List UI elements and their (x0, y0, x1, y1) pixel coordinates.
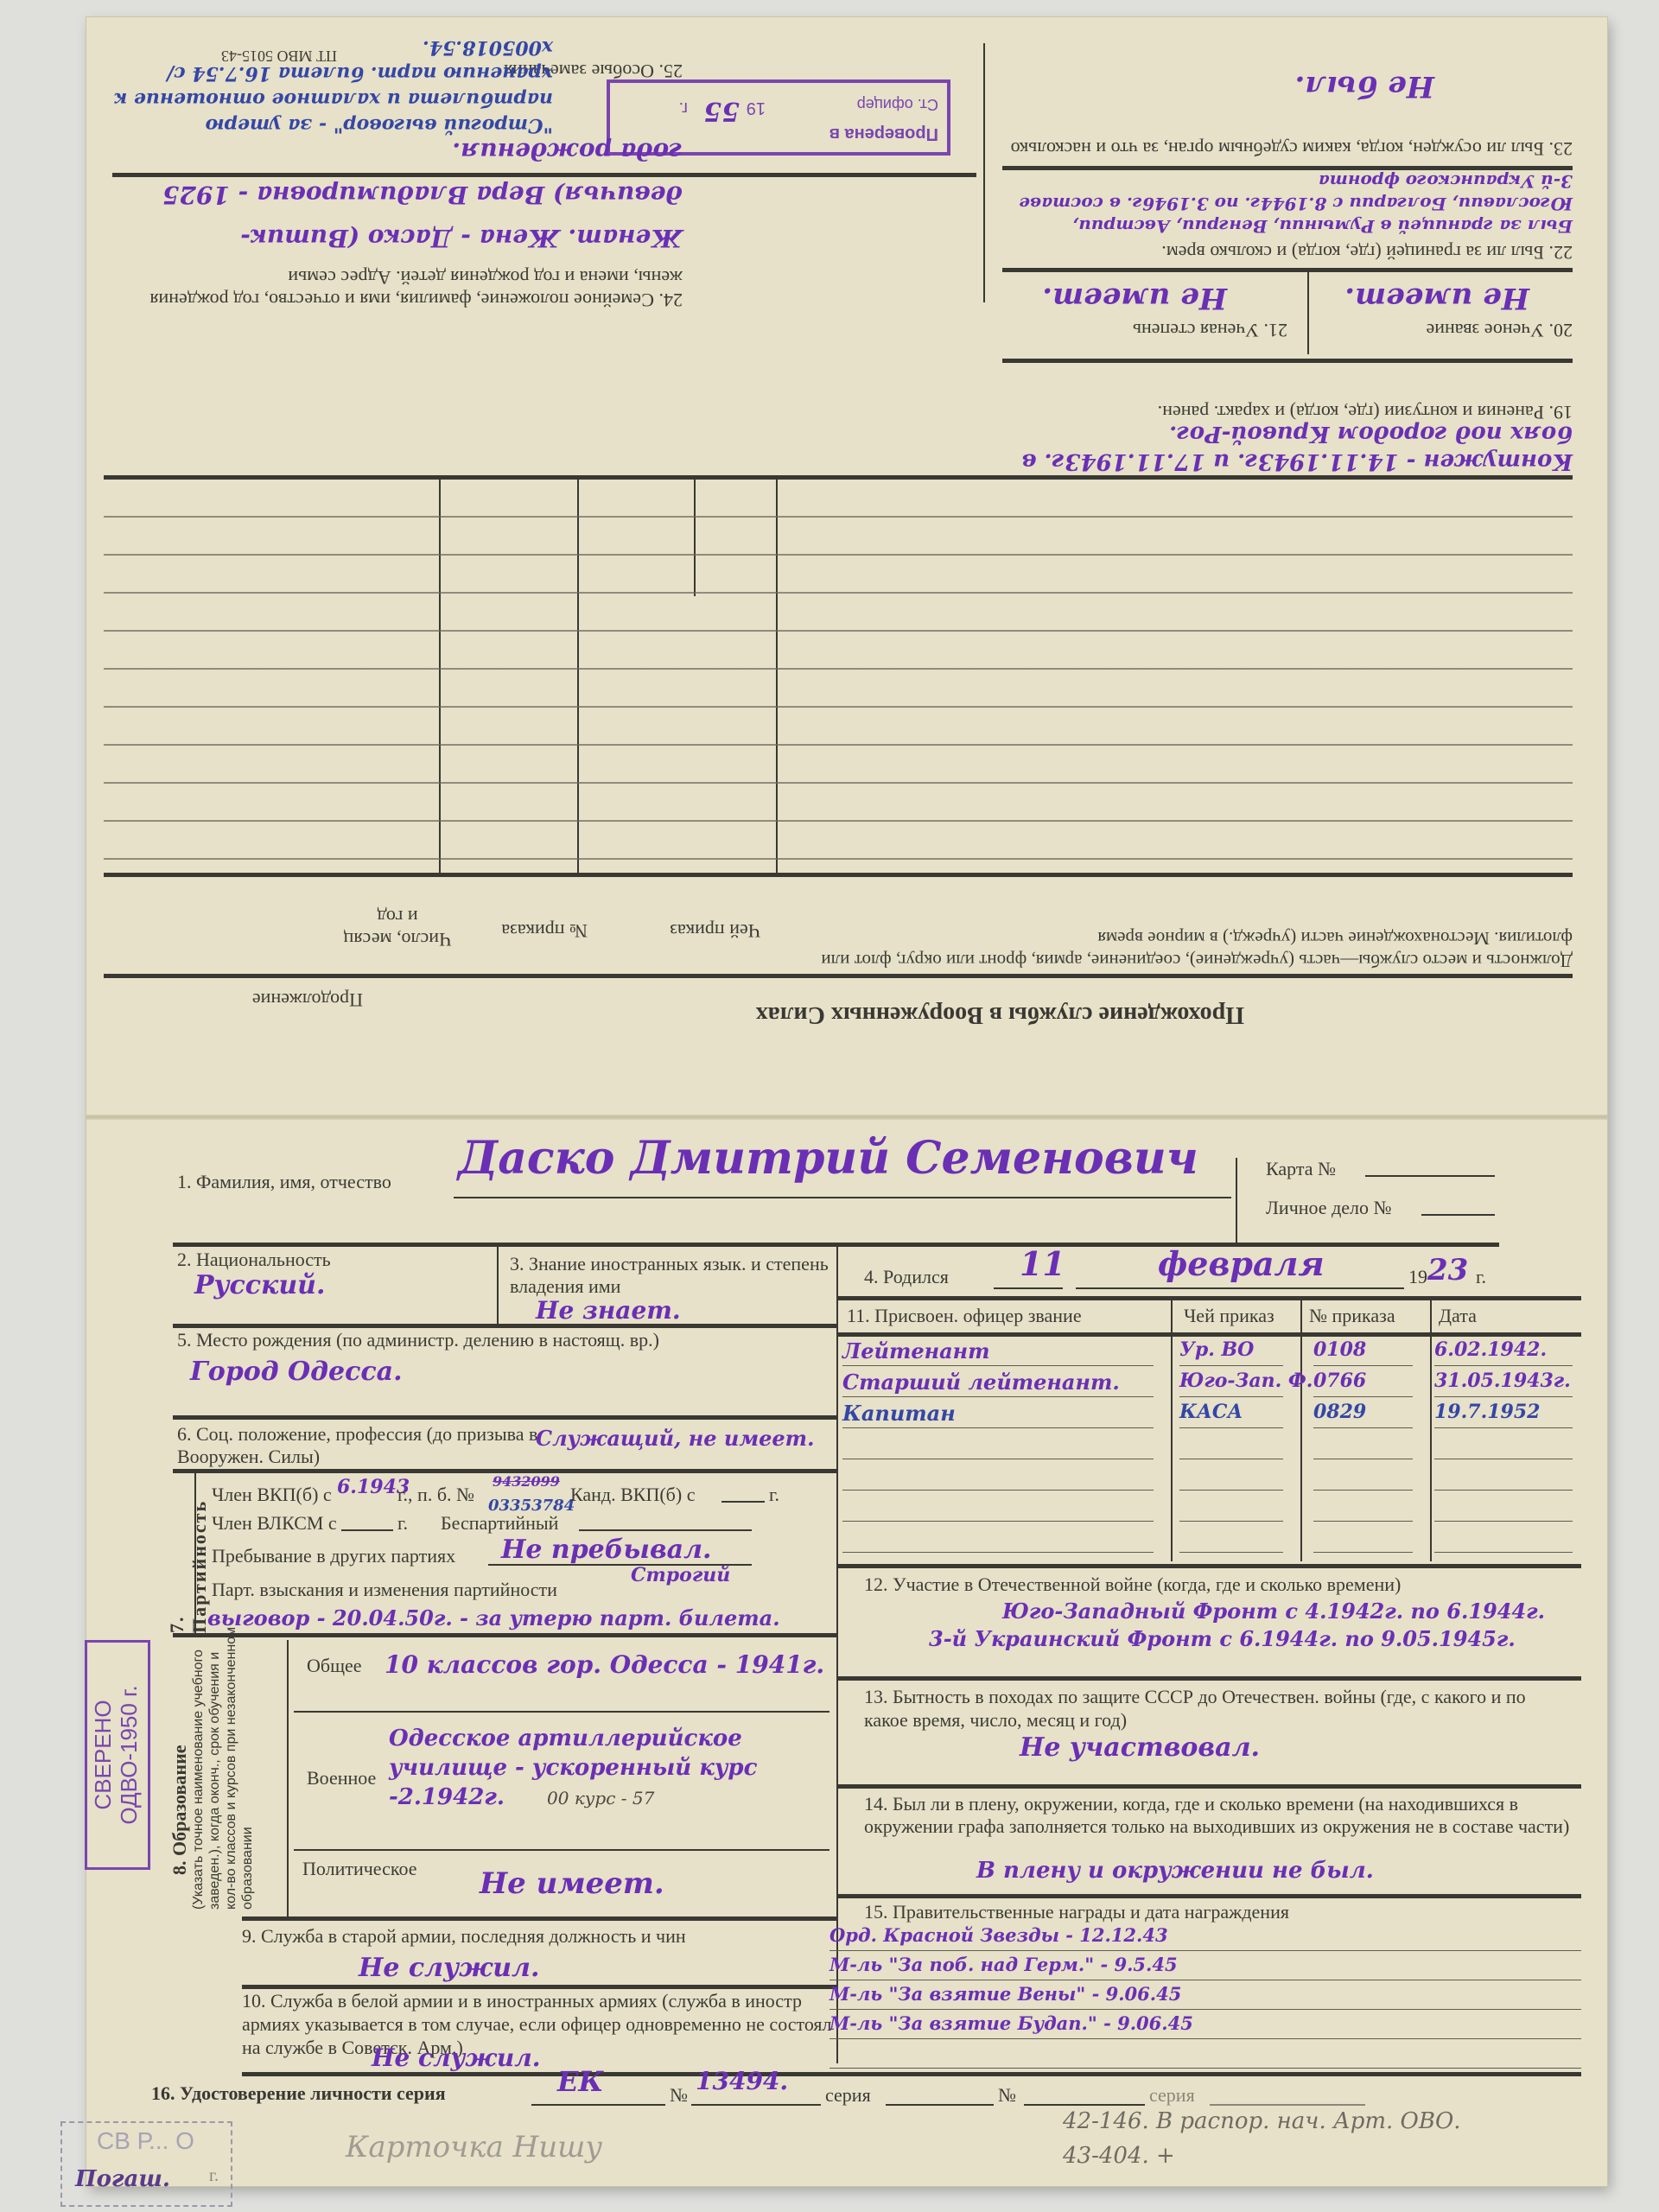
field-23-value: Не был. (1295, 69, 1434, 104)
field-6-value: Служащий, не имеет. (536, 1426, 814, 1451)
rule (531, 2104, 665, 2106)
divider (1307, 272, 1309, 354)
ranks-row (838, 1461, 1581, 1492)
pencil-note-1: 42-146. В распор. нач. Арт. ОВО. (1063, 2108, 1461, 2134)
rule (579, 1529, 752, 1531)
ranks-cell-date: 19.7.1952 (1434, 1401, 1540, 1423)
field-20-label: 20. Ученое звание (1426, 319, 1573, 341)
field-25-value: "Строгий выговор" - за утерю партбилета … (104, 35, 553, 138)
divider (287, 1640, 289, 1916)
field-9-label: 9. Служба в старой армии, последняя долж… (242, 1925, 686, 1948)
ranks-header-order: № приказа (1309, 1305, 1395, 1327)
field-24-value: Женат. Жена - Даско (Витик-девичья) Вера… (112, 130, 683, 259)
birth-year: 23 (1427, 1253, 1468, 1287)
rule (836, 1894, 1581, 1898)
rule (691, 2104, 821, 2106)
ranks-cell-rank: Старший лейтенант. (842, 1370, 1120, 1395)
rule (886, 2104, 994, 2106)
divider (1236, 1158, 1237, 1244)
field-2-value: Русский. (194, 1270, 325, 1300)
divider (497, 1243, 499, 1325)
field-7-section-label: 7. Партийность (166, 1478, 211, 1633)
ranks-cell-date: 6.02.1942. (1434, 1338, 1547, 1361)
member-vkpb-label: Член ВКП(б) с (212, 1484, 332, 1506)
id-number: 13494. (696, 2067, 788, 2095)
ranks-cell-by: КАСА (1179, 1401, 1243, 1423)
id-series2-label: серия (825, 2084, 871, 2107)
field-6-label: 6. Соц. положение, профессия (до призыва… (177, 1423, 540, 1468)
field-1-value: Даско Дмитрий Семенович (458, 1132, 1198, 1185)
personal-file-field[interactable] (1421, 1214, 1495, 1216)
birth-label: 4. Родился (864, 1266, 949, 1288)
rule (1002, 268, 1573, 272)
education-military-note: 00 курс - 57 (547, 1788, 654, 1808)
ranks-header-date: Дата (1439, 1305, 1477, 1327)
stamp-text: Погаш. (75, 2166, 170, 2192)
field-22-label: 22. Был ли за границей (где, когда) и ск… (1002, 241, 1573, 264)
rule (454, 1197, 1231, 1198)
rule (104, 974, 1573, 978)
party-card-label: г., п. б. № (397, 1484, 474, 1506)
field-8-section-label: 8. Образование (168, 1633, 191, 1875)
birth-month: февраля (1158, 1244, 1325, 1283)
field-22-value: Был за границей в Румынии, Венгрии, Авст… (1002, 170, 1573, 238)
award-row: Орд. Красной Звезды - 12.12.43 (829, 1923, 1581, 1952)
candidate-label: Канд. ВКП(б) с (570, 1484, 695, 1506)
stamp-text: Ст. офицер (857, 95, 938, 113)
ranks-header-by: Чей приказ (1184, 1305, 1274, 1327)
field-14-label: 14. Был ли в плену, окружении, когда, гд… (864, 1793, 1573, 1838)
birth-day: 11 (1020, 1244, 1065, 1283)
field-3-value: Не знает. (536, 1296, 681, 1325)
rule (836, 1564, 1581, 1568)
card-number-label: Карта № (1266, 1158, 1336, 1180)
rule (721, 1501, 765, 1503)
education-military-line: Одесское артиллерийское (389, 1724, 757, 1753)
other-parties-label: Пребывание в других партиях (212, 1545, 455, 1567)
award-row (829, 2040, 1581, 2069)
rule (1076, 1287, 1404, 1289)
field-13-value: Не участвовал. (1020, 1732, 1260, 1763)
rule (173, 1633, 836, 1637)
id-series: ЕК (557, 2065, 604, 2098)
education-military-line: училище - ускоренный курс (389, 1753, 757, 1783)
field-5-value: Город Одесса. (190, 1357, 403, 1387)
service-col-by: Чей приказ (670, 919, 760, 942)
officer-record-card: ПТ МВО 5015-43 23. Был ли осужден, когда… (86, 17, 1607, 2186)
service-table (104, 480, 1573, 873)
ranks-header-rank: 11. Присвоен. офицер звание (847, 1305, 1082, 1327)
award-item: М-ль "За взятие Вены" - 9.06.45 (829, 1983, 1181, 2005)
field-9-value: Не служил. (359, 1953, 539, 1983)
ranks-cell-rank: Лейтенант (842, 1338, 990, 1363)
rule (104, 873, 1573, 877)
ranks-cell-rank: Капитан (842, 1401, 956, 1426)
field-24-label: 24. Семейное положение, фамилия, имя и о… (121, 266, 683, 311)
stamp-text: г. (209, 2166, 219, 2186)
service-section-title: Прохождение службы в Вооруженных Силах (756, 1001, 1244, 1028)
birth-year-prefix: 19 (1408, 1266, 1427, 1288)
field-12-label: 12. Участие в Отечественной войне (когда… (864, 1573, 1573, 1596)
field-5-label: 5. Место рождения (по администр. делению… (177, 1329, 659, 1351)
ranks-cell-date: 31.05.1943г. (1434, 1370, 1571, 1392)
education-political-value: Не имеет. (480, 1866, 664, 1901)
vlksm-suffix: г. (397, 1512, 408, 1535)
field-12-value-2: 3-й Украинский Фронт с 6.1944г. по 9.05.… (929, 1626, 1516, 1651)
education-general-label: Общее (307, 1655, 362, 1677)
ranks-cell-by: Юго-Зап. Ф. (1179, 1370, 1313, 1392)
field-15-label: 15. Правительственные награды и дата наг… (864, 1901, 1289, 1923)
award-item: М-ль "За взятие Будап." - 9.06.45 (829, 2012, 1193, 2034)
nonparty-label: Беспартийный (441, 1512, 558, 1535)
field-19-value: Контужен - 14.11.1943г. и 17.11.1943г. в… (985, 420, 1573, 475)
stamp-text: Проверена в (829, 124, 938, 143)
rule (242, 1916, 836, 1921)
pencil-note-3: Карточка Нишу (346, 2130, 602, 2164)
field-12-value-1: Юго-Западный Фронт с 4.1942г. по 6.1944г… (1002, 1599, 1545, 1624)
field-3-label: 3. Знание иностранных язык. и степень вл… (510, 1253, 829, 1298)
rule (836, 1784, 1581, 1789)
rule (341, 1529, 393, 1531)
personal-file-label: Личное дело № (1266, 1197, 1392, 1219)
verified-stamp: СВЕРЕНО ОДВО-1950 г. (85, 1640, 150, 1870)
candidate-suffix: г. (769, 1484, 779, 1506)
rule (1024, 2104, 1145, 2106)
rule (173, 1415, 836, 1420)
education-general-value: 10 классов гор. Одесса - 1941г. (385, 1650, 824, 1679)
id-number-label: № (670, 2084, 688, 2107)
divider (194, 1469, 196, 1633)
rule (294, 1849, 829, 1851)
rule (1002, 359, 1573, 363)
ranks-row: Старший лейтенант.Юго-Зап. Ф.076631.05.1… (838, 1368, 1581, 1399)
faded-stamp: СВ Р... О Погаш. г. (60, 2121, 232, 2207)
ranks-cell-order: 0766 (1313, 1370, 1366, 1392)
field-20-value: Не имеет. (1344, 281, 1529, 315)
upper-half-rotated: ПТ МВО 5015-43 23. Был ли осужден, когда… (86, 17, 1607, 1115)
rule (836, 1296, 1581, 1300)
vlksm-label: Член ВЛКСМ с (212, 1512, 337, 1535)
education-military-label: Военное (307, 1767, 376, 1789)
education-military-value: Одесское артиллерийское училище - ускоре… (389, 1724, 757, 1813)
stamp-text: СВЕРЕНО (90, 1647, 116, 1863)
penalties-label: Парт. взыскания и изменения партийности (212, 1579, 557, 1601)
field-23-label: 23. Был ли осужден, когда, каким судебны… (1002, 137, 1573, 160)
education-political-label: Политическое (302, 1858, 416, 1880)
other-parties-value: Не пребывал. (501, 1535, 712, 1565)
field-14-value: В плену и окружении не был. (976, 1858, 1374, 1884)
rule (294, 1711, 829, 1713)
service-col-order: № приказа (501, 919, 588, 942)
penalties-value-2: выговор - 20.04.50г. - за утерю парт. би… (207, 1605, 780, 1630)
rule (242, 2072, 1581, 2076)
field-10-value: Не служил. (372, 2044, 540, 2072)
award-item: Орд. Красной Звезды - 12.12.43 (829, 1924, 1168, 1946)
service-col-date: Число, месяц и год (337, 906, 458, 950)
ranks-cell-order: 0108 (1313, 1338, 1366, 1361)
rule (994, 1287, 1063, 1289)
table-lines (104, 480, 1573, 873)
id-number2-label: № (998, 2084, 1016, 2107)
field-1-label: 1. Фамилия, имя, отчество (177, 1171, 391, 1193)
divider (983, 43, 985, 302)
ranks-row (838, 1523, 1581, 1554)
field-16-label: 16. Удостоверение личности серия (151, 2082, 446, 2105)
ranks-row (838, 1430, 1581, 1461)
ranks-row: КапитанКАСА082919.7.1952 (838, 1399, 1581, 1430)
id-series3-label: серия (1149, 2084, 1195, 2107)
stamp-text: СВ Р... О (97, 2127, 194, 2155)
stamp-year: 55 (703, 96, 740, 126)
stamp-text: 19 (747, 98, 766, 118)
field-2-label: 2. Национальность (177, 1249, 331, 1271)
ranks-row (838, 1492, 1581, 1523)
award-row: М-ль "За поб. над Герм." - 9.5.45 (829, 1952, 1581, 1981)
continuation-label: Продолжение (252, 988, 363, 1011)
ranks-row: ЛейтенантУр. ВО01086.02.1942. (838, 1337, 1581, 1368)
card-number-field[interactable] (1365, 1175, 1495, 1177)
ranks-cell-by: Ур. ВО (1179, 1338, 1254, 1361)
stamp-text: г. (679, 98, 688, 118)
stamp-text: ОДВО-1950 г. (116, 1647, 142, 1863)
penalties-value-1: Строгий (631, 1564, 730, 1586)
birth-year-suffix: г. (1476, 1266, 1486, 1288)
rule (173, 1324, 836, 1328)
rule (1210, 2104, 1365, 2106)
pencil-note-2: 43-404. + (1063, 2143, 1175, 2169)
rule (836, 1676, 1581, 1681)
ranks-cell-order: 0829 (1313, 1401, 1366, 1423)
award-row: М-ль "За взятие Будап." - 9.06.45 (829, 2011, 1581, 2040)
field-21-value: Не имеет. (1042, 281, 1227, 315)
award-row: М-ль "За взятие Вены" - 9.06.45 (829, 1981, 1581, 2011)
education-military-line: -2.1942г. (389, 1784, 505, 1810)
field-13-label: 13. Бытность в походах по защите СССР до… (864, 1685, 1573, 1732)
award-item: М-ль "За поб. над Герм." - 9.5.45 (829, 1954, 1178, 1975)
field-8-note: (Указать точное наименование учебного за… (190, 1624, 256, 1910)
service-col-position: Должность и место службы—часть (учрежден… (812, 927, 1573, 972)
party-card-old: 9432099 (493, 1473, 560, 1490)
field-21-label: 21. Ученая степень (1133, 319, 1287, 341)
